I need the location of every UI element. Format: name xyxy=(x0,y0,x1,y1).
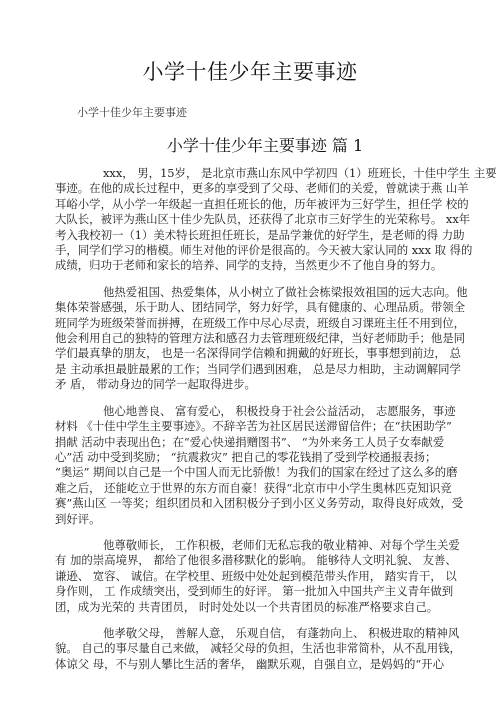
text-line: 体谅父 母，不与别人攀比生活的奢华， 幽默乐观，自强自立，是妈妈的“开心 xyxy=(55,657,447,672)
text-line: 考入我校初一（1）美术特长班担任班长，是品学兼优的好学生，是老师的得 力助 xyxy=(55,228,447,243)
text-line: 集体荣誉感强，乐于助人、团结同学，努力好学，具有健康的、心理品质。带领全 xyxy=(55,300,447,315)
text-line: 身作则， 工 作成绩突出，受到师生的好评。 第一批加入中国共产主义青年做到 xyxy=(55,584,447,599)
text-line: 捐献 活动中表现出色；在“爱心快递捐赠图书”、 “为外来务工人员子女奉献爱 xyxy=(55,435,447,450)
document-body: xxx， 男，15岁， 是北京市燕山东风中学初四（1）班班长，十佳中学生 主要 … xyxy=(55,166,447,683)
text-line: 矛 盾， 带动身边的同学一起取得进步。 xyxy=(55,377,447,392)
paragraph-1: xxx， 男，15岁， 是北京市燕山东风中学初四（1）班班长，十佳中学生 主要 … xyxy=(55,166,447,274)
text-line: 难之后， 还能屹立于世界的东方而自豪！获得“北京市中小学生奥林匹克知识竞 xyxy=(55,481,447,496)
paragraph-2: 他热爱祖国、热爱集体，从小树立了做社会栋梁报效祖国的远大志向。他 集体荣誉感强，… xyxy=(55,285,447,393)
text-line: 谦逊、 宽容、 诚信。在学校里、班级中处处起到模范带头作用， 踏实肯干， 以 xyxy=(55,569,447,584)
text-line: 他热爱祖国、热爱集体，从小树立了做社会栋梁报效祖国的远大志向。他 xyxy=(55,285,447,300)
text-line: 有 加的崇高境界， 都给了他很多潜移默化的影响。 能够待人文明礼貌、 友善、 xyxy=(55,553,447,568)
paragraph-3: 他心地善良、 富有爱心， 积极投身于社会公益活动， 志愿服务，事迹 材料 《十佳… xyxy=(55,404,447,527)
text-line: 学们最真挚的朋友， 也是一名深得同学信赖和拥戴的好班长，事事想到前边， 总 xyxy=(55,346,447,361)
text-line: “奥运” 期间以自己是一个中国人而无比骄傲！为我们的国家在经过了这么多的磨 xyxy=(55,465,447,480)
text-line: 材料 《十佳中学生主要事迹》。不辞辛苦为社区居民送滞留信件；在“扶困助学” xyxy=(55,419,447,434)
text-line: 他会利用自己的独特的管理方法和感召力去管理班级纪律，当好老师助手；他是同 xyxy=(55,331,447,346)
text-line: 心”活 动中受到奖励； “抗震救灾” 把自己的零花钱捐了受到学校通报表扬； xyxy=(55,450,447,465)
text-line: 班同学为班级荣誉而拼搏，在班级工作中尽心尽责，班级自习课班主任不用到位， xyxy=(55,316,447,331)
document-subtitle: 小学十佳少年主要事迹 xyxy=(77,104,187,120)
page-title: 小学十佳少年主要事迹 xyxy=(0,56,500,86)
text-line: 大队长，被评为燕山区十佳少先队员，还获得了北京市三好学生的光荣称号。 xx年 xyxy=(55,212,447,227)
text-line: 耳峪小学，从小学一年级起一直担任班长的他，历年被评为三好学生，担任学 校的 xyxy=(55,197,447,212)
text-line: 貌。 自己的事尽量自己来做， 减轻父母的负担，生活也非常简朴，从不乱用钱， xyxy=(55,641,447,656)
text-line: 赛”燕山区 一等奖；组织团员和入团积极分子到小区义务劳动，取得良好成效，受 xyxy=(55,496,447,511)
paragraph-5: 他孝敬父母， 善解人意， 乐观自信， 有蓬勃向上、 积极进取的精神风 貌。 自己… xyxy=(55,626,447,672)
text-line: 事迹。在他的成长过程中，更多的享受到了父母、老师们的关爱，曾就读于燕 山羊 xyxy=(55,181,447,196)
text-line: 是 主动承担最脏最累的工作；当同学们遇到困难， 总是尽力相助，主动调解同学 xyxy=(55,362,447,377)
text-line: 到好评。 xyxy=(55,512,447,527)
text-line: 成绩，归功于老师和家长的培养、同学的支持，当然更少不了他自身的努力。 xyxy=(55,258,447,273)
text-line: 他尊敬师长， 工作积极，老师们无私忘我的敬业精神、对每个学生关爱 xyxy=(55,538,447,553)
paragraph-4: 他尊敬师长， 工作积极，老师们无私忘我的敬业精神、对每个学生关爱 有 加的崇高境… xyxy=(55,538,447,615)
text-line: 手，同学们学习的楷模。师生对他的评价是很高的。今天被大家认同的 xxx 取 得的 xyxy=(55,243,447,258)
text-line: xxx， 男，15岁， 是北京市燕山东风中学初四（1）班班长，十佳中学生 主要 xyxy=(55,166,447,181)
section-title: 小学十佳少年主要事迹 篇 1 xyxy=(0,133,500,156)
text-line: 他孝敬父母， 善解人意， 乐观自信， 有蓬勃向上、 积极进取的精神风 xyxy=(55,626,447,641)
text-line: 团，成为光荣的 共青团员， 时时处处以一个共青团员的标准严格要求自己。 xyxy=(55,600,447,615)
text-line: 他心地善良、 富有爱心， 积极投身于社会公益活动， 志愿服务，事迹 xyxy=(55,404,447,419)
